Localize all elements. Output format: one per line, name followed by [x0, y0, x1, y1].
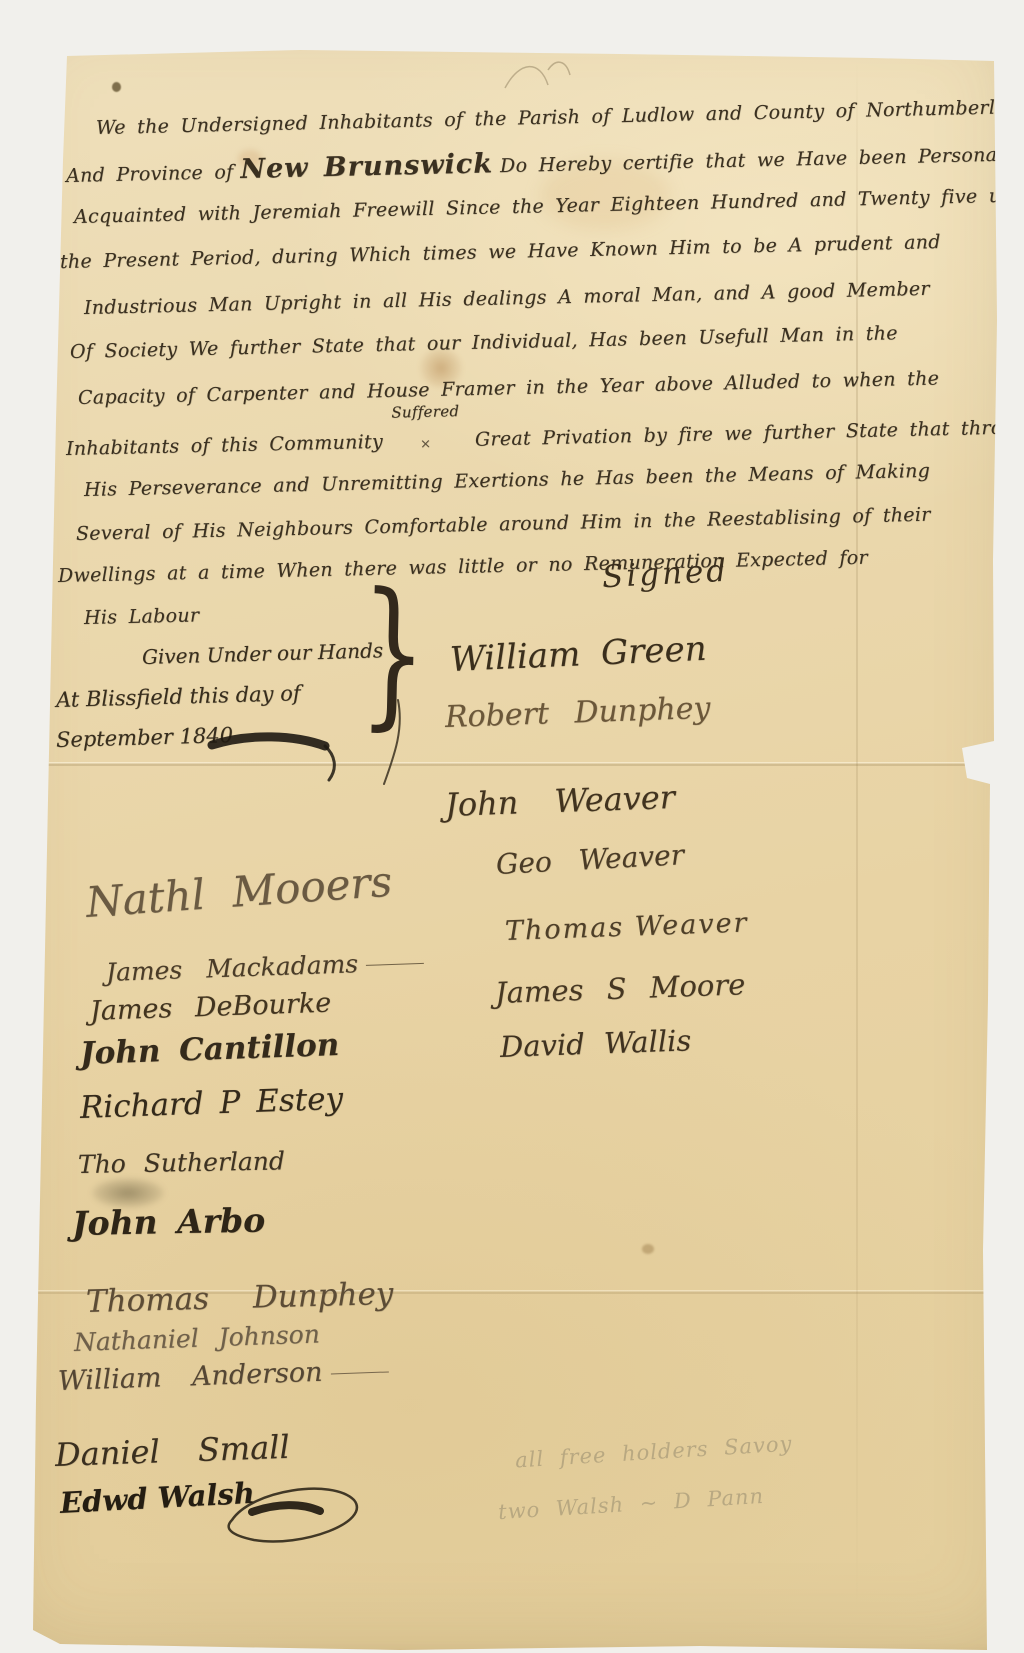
- pencil-note-1: all free holders Savoy: [515, 1432, 793, 1473]
- signature-geo-weaver: Geo Weaver: [495, 838, 685, 881]
- signature-robert-dunphey: Robert Dunphey: [444, 691, 711, 735]
- body-line-3: Acquainted with Jeremiah Freewill Since …: [74, 185, 1024, 229]
- body-line-7: Capacity of Carpenter and House Framer i…: [78, 368, 940, 409]
- document-paper: We the Undersigned Inhabitants of the Pa…: [0, 0, 1024, 1653]
- signature-william-anderson: William Anderson: [57, 1354, 389, 1397]
- signature-david-wallis: David Wallis: [499, 1023, 691, 1064]
- fold-crease: [30, 762, 990, 766]
- signature-john-cantillon: John Cantillon: [79, 1027, 339, 1072]
- stain: [642, 1244, 654, 1254]
- body-line-12: His Labour: [84, 605, 200, 629]
- signature-nathl-mooers: Nathl Mooers: [84, 857, 393, 927]
- closing-brace: }: [359, 575, 429, 730]
- walsh-flourish-dash: [252, 1505, 320, 1512]
- body-line-4: the Present Period, during Which times w…: [60, 232, 941, 274]
- province-name: New Brunswick: [240, 148, 493, 185]
- pencil-scribble: [505, 62, 570, 88]
- body-line-10: Several of His Neighbours Comfortable ar…: [76, 505, 931, 546]
- signed-label: Signed: [601, 553, 730, 596]
- signature-tho-sutherland: Tho Sutherland: [78, 1146, 285, 1179]
- signature-richard-p-estey: Richard P Estey: [79, 1081, 343, 1126]
- body-line-9: His Perseverance and Unremitting Exertio…: [84, 461, 931, 502]
- stain: [112, 82, 121, 92]
- signature-john-weaver: John Weaver: [444, 778, 675, 824]
- inserted-word-stack: Suffered×: [390, 427, 468, 448]
- signature-james-s-moore: James S Moore: [494, 967, 745, 1010]
- scan-background: We the Undersigned Inhabitants of the Pa…: [0, 0, 1024, 1653]
- signature-john-arbo: John Arbo: [72, 1201, 266, 1243]
- body-line-1: We the Undersigned Inhabitants of the Pa…: [96, 97, 1024, 140]
- body-line-2: And Province ofNew BrunswickDo Hereby ce…: [66, 136, 1024, 189]
- signature-nathaniel-johnson: Nathaniel Johnson: [73, 1319, 320, 1357]
- body-line-8-after: Great Privation by fire we further State…: [475, 416, 1024, 451]
- body-line-11: Dwellings at a time When there was littl…: [58, 548, 868, 588]
- signature-james-mackadams: James Mackadams: [105, 947, 424, 987]
- ink-dash-tail: [325, 746, 334, 780]
- pencil-note-2: two Walsh ~ D Pann: [498, 1484, 765, 1524]
- inserted-word: Suffered: [391, 403, 459, 422]
- body-line-8-before: Inhabitants of this Community: [66, 431, 383, 460]
- body-line-2-before: And Province of: [66, 161, 234, 187]
- signature-james-debourke: James DeBourke: [89, 988, 331, 1027]
- signature-thomas-dunphey: Thomas Dunphey: [86, 1276, 394, 1320]
- body-line-2-after: Do Hereby certifie that we Have been Per…: [500, 143, 1021, 177]
- body-line-8: Inhabitants of this CommunitySuffered×Gr…: [66, 414, 1024, 461]
- given-under-hands-line: Given Under our Hands: [142, 638, 384, 669]
- caret-mark: ×: [420, 438, 432, 453]
- signature-edwd-walsh: Edwd Walsh: [59, 1476, 256, 1520]
- signature-daniel-small: Daniel Small: [54, 1428, 290, 1474]
- body-line-5: Industrious Man Upright in all His deali…: [84, 279, 930, 320]
- date-line: September 1840: [56, 723, 234, 752]
- signature-thomas-weaver: Thomas Weaver: [504, 908, 748, 947]
- signature-william-green: William Green: [449, 629, 707, 680]
- place-date-line: At Blissfield this day of: [56, 681, 301, 712]
- body-line-6: Of Society We further State that our Ind…: [70, 323, 898, 364]
